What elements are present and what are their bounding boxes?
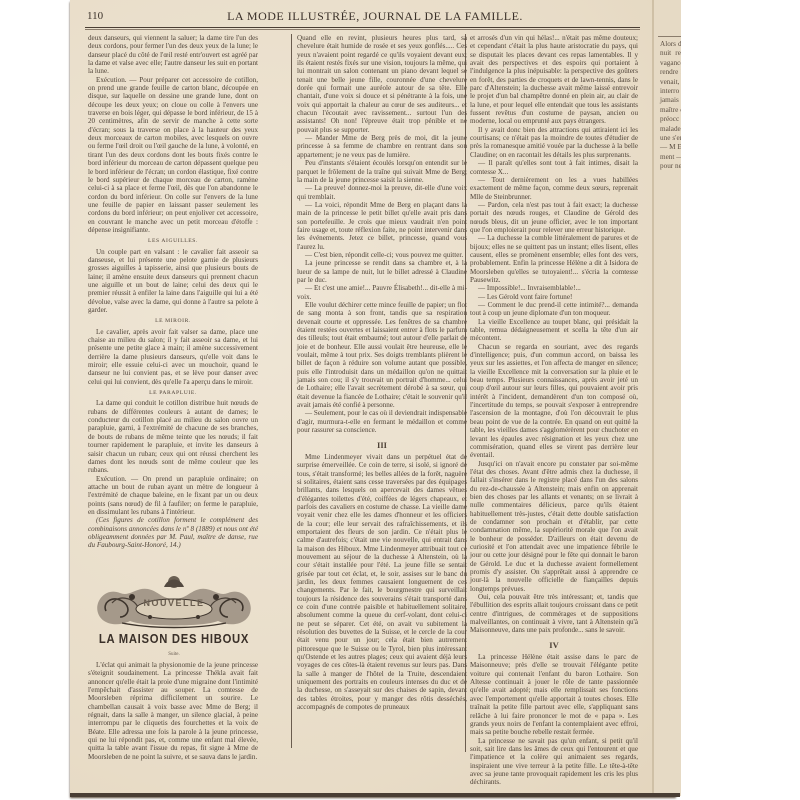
header-rule bbox=[85, 27, 640, 28]
section-heading-parapluie: LE PARAPLUIE. bbox=[88, 389, 258, 397]
page-edge-shadow bbox=[70, 793, 680, 797]
paragraph: La dame qui conduit le cotillon distribu… bbox=[88, 399, 258, 474]
paragraph: L'éclat qui animait la physionomie de la… bbox=[88, 661, 258, 761]
paragraph: — Il paraît qu'elles sont tout à fait in… bbox=[470, 159, 638, 176]
page-header: 110 LA MODE ILLUSTRÉE, JOURNAL DE LA FAM… bbox=[85, 6, 641, 26]
paragraph: — Comment le duc prend-il cette intimité… bbox=[470, 301, 638, 318]
column-3: et arrosés d'un vin qui hélas!... n'étai… bbox=[470, 34, 638, 787]
paragraph-execution: Exécution. — On prend un parapluie ordin… bbox=[88, 475, 258, 517]
paragraph: — Les Gérold vont faire fortune! bbox=[470, 293, 638, 301]
paragraph: — Et c'est une amie!... Pauvre Élisabeth… bbox=[297, 284, 467, 301]
paragraph: — Impossible!... Invraisemblable!... bbox=[470, 284, 638, 292]
page-number: 110 bbox=[87, 10, 103, 22]
paragraph: — La duchesse la comble littéralement de… bbox=[470, 234, 638, 284]
adjacent-page-text: Alors des exp ses cri chamb cours prendr… bbox=[660, 40, 681, 172]
chapter-heading-iv: IV bbox=[470, 641, 638, 649]
chapter-heading-iii: III bbox=[297, 441, 467, 449]
paragraph: Oui, cela pouvait être très intéressant;… bbox=[470, 593, 638, 635]
paragraph: Jusqu'ici on n'avait encore pu constater… bbox=[470, 460, 638, 594]
paragraph: — Mander Mme de Berg près de moi, dit la… bbox=[297, 134, 467, 159]
paragraph: — Seulement, pour le cas où il deviendra… bbox=[297, 409, 467, 434]
paragraph-execution: Exécution. — Pour préparer cet accessoir… bbox=[88, 76, 258, 235]
story-title: LA MAISON DES HIBOUX bbox=[94, 632, 254, 646]
adjacent-page-rule bbox=[658, 36, 681, 37]
journal-title: LA MODE ILLUSTRÉE, JOURNAL DE LA FAMILLE… bbox=[165, 9, 585, 24]
paragraph: Chacun se regarda en souriant, avec des … bbox=[470, 343, 638, 460]
editor-note: (Ces figures de cotillon forment le comp… bbox=[88, 516, 258, 549]
paragraph: — Tout dernièrement on les a vues habill… bbox=[470, 176, 638, 201]
column-divider-1 bbox=[291, 34, 292, 748]
paragraph: Quand elle en revint, plusieurs heures p… bbox=[297, 34, 467, 134]
paragraph: Peu d'instants s'étaient écoulés lorsqu'… bbox=[297, 159, 467, 184]
nouvelle-label: NOUVELLE bbox=[92, 598, 256, 608]
paragraph: La jeune princesse se rendit dans sa cha… bbox=[297, 259, 467, 284]
adjacent-page-strip: Alors des exp ses cri chamb cours prendr… bbox=[652, 0, 681, 796]
paragraph: deux danseurs, qui viennent la saluer; l… bbox=[88, 34, 258, 76]
paragraph: — C'est bien, répondit celle-ci; vous po… bbox=[297, 251, 467, 259]
paragraph: — La voici, répondit Mme de Berg en plaç… bbox=[297, 201, 467, 251]
paragraph: La vieille Excellence au toupet blanc, q… bbox=[470, 318, 638, 343]
header-rule-thin bbox=[85, 29, 640, 30]
section-heading-miroir: LE MIROIR. bbox=[88, 317, 258, 325]
paragraph: — Pardon, cela n'est pas tout à fait exa… bbox=[470, 201, 638, 234]
story-subtitle: Suite. bbox=[85, 652, 263, 657]
paragraph: Mme Lindenmeyer vivait dans un perpétuel… bbox=[297, 453, 467, 712]
paragraph: Un couple part en valsant : le cavalier … bbox=[88, 248, 258, 315]
column-2: Quand elle en revint, plusieurs heures p… bbox=[297, 34, 467, 712]
paragraph: — La preuve! donnez-moi la preuve, dit-e… bbox=[297, 184, 467, 201]
paragraph: La princesse Hélène était assise dans le… bbox=[470, 653, 638, 736]
paragraph: La princesse ne savait pas qu'un enfant,… bbox=[470, 737, 638, 787]
paragraph: Elle voulut déchirer cette mince feuille… bbox=[297, 301, 467, 409]
paragraph: et arrosés d'un vin qui hélas!... n'étai… bbox=[470, 34, 638, 126]
section-heading-aiguilles: LES AIGUILLES. bbox=[88, 237, 258, 245]
paragraph: Le cavalier, après avoir fait valser sa … bbox=[88, 328, 258, 386]
paragraph: Il y avait donc bien des attractions qui… bbox=[470, 126, 638, 159]
story-text-column: L'éclat qui animait la physionomie de la… bbox=[88, 661, 258, 761]
column-1: deux danseurs, qui viennent la saluer; l… bbox=[88, 34, 258, 550]
